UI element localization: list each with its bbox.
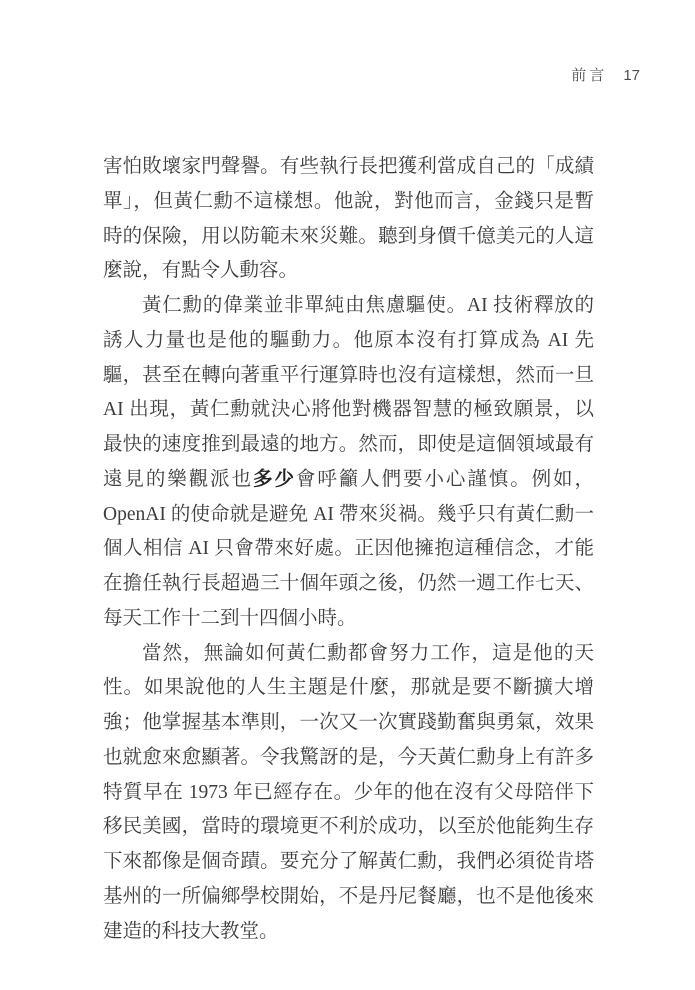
paragraph-1: 害怕敗壞家門聲譽。有些執行長把獲利當成自己的「成績單」，但黃仁勳不這樣想。他說，…	[103, 150, 594, 289]
bold-text-run: 多少	[253, 469, 296, 490]
paragraph-2: 黃仁勳的偉業並非單純由焦慮驅使。AI 技術釋放的誘人力量也是他的驅動力。他原本沒…	[103, 289, 594, 637]
body-text: 害怕敗壞家門聲譽。有些執行長把獲利當成自己的「成績單」，但黃仁勳不這樣想。他說，…	[103, 150, 594, 949]
text-run: 會呼籲人們要小心謹慎。例如，OpenAI 的使命就是避免 AI 帶來災禍。幾乎只…	[103, 469, 594, 629]
paragraph-3: 當然，無論如何黃仁勳都會努力工作，這是他的天性。如果說他的人生主題是什麼，那就是…	[103, 637, 594, 950]
section-title: 前言	[571, 64, 607, 85]
book-page: 前言 17 害怕敗壞家門聲譽。有些執行長把獲利當成自己的「成績單」，但黃仁勳不這…	[0, 0, 695, 990]
text-run: 當然，無論如何黃仁勳都會努力工作，這是他的天性。如果說他的人生主題是什麼，那就是…	[103, 643, 594, 942]
running-head: 前言 17	[571, 64, 640, 85]
text-run: 黃仁勳的偉業並非單純由焦慮驅使。AI 技術釋放的誘人力量也是他的驅動力。他原本沒…	[103, 295, 594, 490]
text-run: 害怕敗壞家門聲譽。有些執行長把獲利當成自己的「成績單」，但黃仁勳不這樣想。他說，…	[103, 156, 594, 281]
page-number: 17	[623, 67, 640, 84]
